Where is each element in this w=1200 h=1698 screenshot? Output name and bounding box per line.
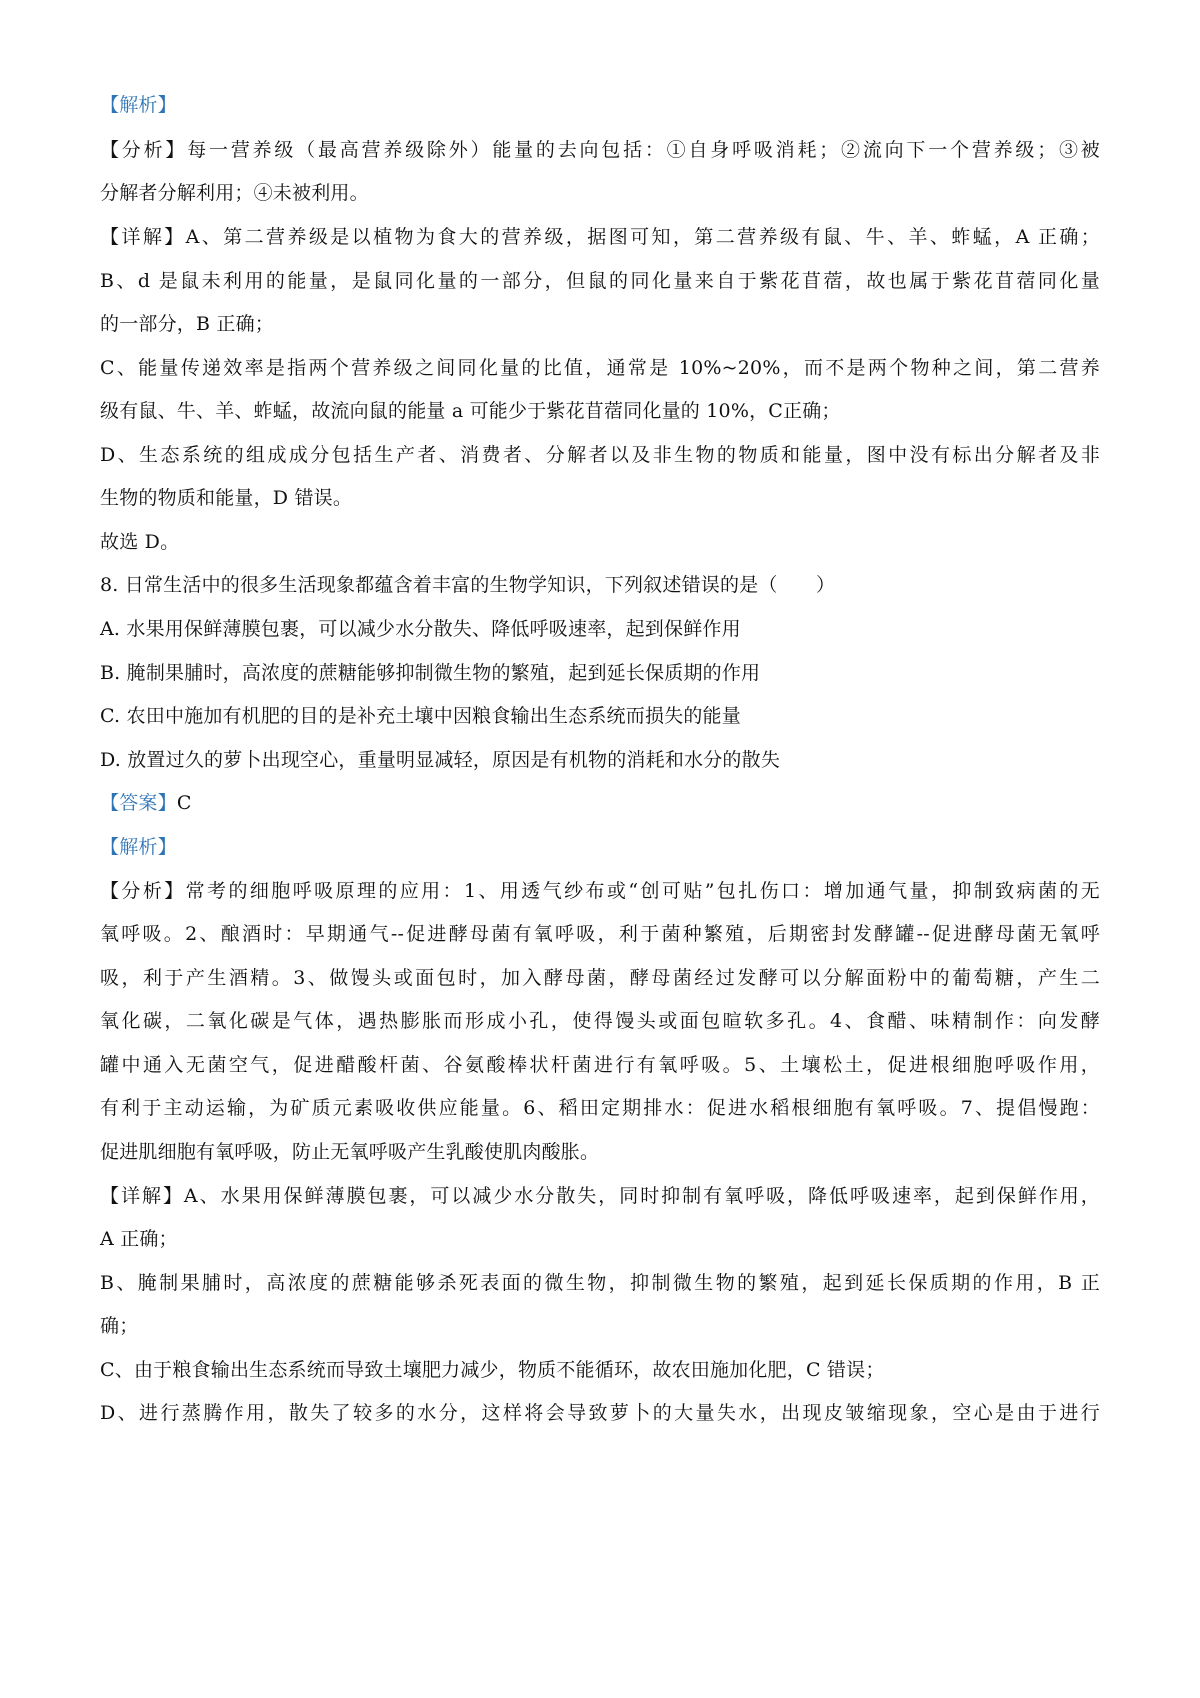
q7-xiangjie-line-5: 级有鼠、牛、羊、蚱蜢，故流向鼠的能量 a 可能少于紫花苜蓿同化量的 10%，C正… (100, 399, 841, 423)
q8-option-c: C. 农田中施加有机肥的目的是补充土壤中因粮食输出生态系统而损失的能量 (100, 704, 741, 728)
q7-xiangjie-line-3: 的一部分，B 正确； (100, 312, 274, 336)
q8-option-b: B. 腌制果脯时，高浓度的蔗糖能够抑制微生物的繁殖，起到延长保质期的作用 (100, 661, 760, 685)
q7-fenxi-line-1: 【分析】每一营养级（最高营养级除外）能量的去向包括：①自身呼吸消耗；②流向下一个… (100, 138, 1100, 162)
q7-conclusion: 故选 D。 (100, 530, 179, 554)
q8-fenxi-line-7: 促进肌细胞有氧呼吸，防止无氧呼吸产生乳酸使肌肉酸胀。 (100, 1140, 599, 1164)
q7-analysis-heading: 【解析】 (100, 93, 177, 117)
answer-tag: 【答案】 (100, 792, 177, 814)
q8-option-d: D. 放置过久的萝卜出现空心，重量明显减轻，原因是有机物的消耗和水分的散失 (100, 748, 780, 772)
fenxi-tag: 【分析】 (100, 139, 187, 161)
q8-xiangjie-line-2: A 正确； (100, 1227, 178, 1251)
q8-option-a: A. 水果用保鲜薄膜包裹，可以减少水分散失、降低呼吸速率，起到保鲜作用 (100, 617, 741, 641)
q8-fenxi-line-6: 有利于主动运输，为矿质元素吸收供应能量。6、稻田定期排水：促进水稻根细胞有氧呼吸… (100, 1096, 1100, 1120)
q8-stem: 8. 日常生活中的很多生活现象都蕴含着丰富的生物学知识，下列叙述错误的是（ ） (100, 573, 835, 597)
xiangjie-text: A、水果用保鲜薄膜包裹，可以减少水分散失，同时抑制有氧呼吸，降低呼吸速率，起到保… (184, 1185, 1100, 1207)
q8-analysis-heading: 【解析】 (100, 835, 177, 859)
q8-xiangjie-line-3: B、腌制果脯时，高浓度的蔗糖能够杀死表面的微生物，抑制微生物的繁殖，起到延长保质… (100, 1271, 1100, 1295)
q7-xiangjie-line-6: D、生态系统的组成成分包括生产者、消费者、分解者以及非生物的物质和能量，图中没有… (100, 443, 1100, 467)
jiexi-tag: 【解析】 (100, 836, 177, 858)
q8-xiangjie-line-1: 【详解】A、水果用保鲜薄膜包裹，可以减少水分散失，同时抑制有氧呼吸，降低呼吸速率… (100, 1184, 1100, 1208)
q8-xiangjie-line-4: 确； (100, 1314, 138, 1338)
q8-fenxi-line-4: 氧化碳，二氧化碳是气体，遇热膨胀而形成小孔，使得馒头或面包暄软多孔。4、食醋、味… (100, 1009, 1100, 1033)
xiangjie-tag: 【详解】 (100, 1185, 184, 1207)
fenxi-text: 每一营养级（最高营养级除外）能量的去向包括：①自身呼吸消耗；②流向下一个营养级；… (187, 139, 1100, 161)
fenxi-tag: 【分析】 (100, 880, 186, 902)
xiangjie-text: A、第二营养级是以植物为食大的营养级，据图可知，第二营养级有鼠、牛、羊、蚱蜢，A… (186, 226, 1100, 248)
q7-xiangjie-line-7: 生物的物质和能量，D 错误。 (100, 486, 352, 510)
q7-xiangjie-line-1: 【详解】A、第二营养级是以植物为食大的营养级，据图可知，第二营养级有鼠、牛、羊、… (100, 225, 1100, 249)
q8-xiangjie-line-6: D、进行蒸腾作用，散失了较多的水分，这样将会导致萝卜的大量失水，出现皮皱缩现象，… (100, 1401, 1100, 1425)
q8-fenxi-line-2: 氧呼吸。2、酿酒时：早期通气--促进酵母菌有氧呼吸，利于菌种繁殖，后期密封发酵罐… (100, 922, 1100, 946)
xiangjie-tag: 【详解】 (100, 226, 186, 248)
q8-fenxi-line-3: 吸，利于产生酒精。3、做馒头或面包时，加入酵母菌，酵母菌经过发酵可以分解面粉中的… (100, 966, 1100, 990)
q7-xiangjie-line-4: C、能量传递效率是指两个营养级之间同化量的比值，通常是 10%~20%，而不是两… (100, 356, 1100, 380)
q8-answer: 【答案】C (100, 791, 192, 815)
q8-fenxi-line-1: 【分析】常考的细胞呼吸原理的应用：1、用透气纱布或“创可贴”包扎伤口：增加通气量… (100, 879, 1100, 903)
q8-fenxi-line-5: 罐中通入无菌空气，促进醋酸杆菌、谷氨酸棒状杆菌进行有氧呼吸。5、土壤松土，促进根… (100, 1053, 1100, 1077)
answer-value: C (177, 792, 192, 814)
fenxi-text: 常考的细胞呼吸原理的应用：1、用透气纱布或“创可贴”包扎伤口：增加通气量，抑制致… (186, 880, 1100, 902)
jiexi-tag: 【解析】 (100, 94, 177, 116)
q7-xiangjie-line-2: B、d 是鼠未利用的能量，是鼠同化量的一部分，但鼠的同化量来自于紫花苜蓿，故也属… (100, 269, 1100, 293)
q8-xiangjie-line-5: C、由于粮食输出生态系统而导致土壤肥力减少，物质不能循环，故农田施加化肥，C 错… (100, 1358, 885, 1382)
q7-fenxi-line-2: 分解者分解利用；④未被利用。 (100, 181, 369, 205)
